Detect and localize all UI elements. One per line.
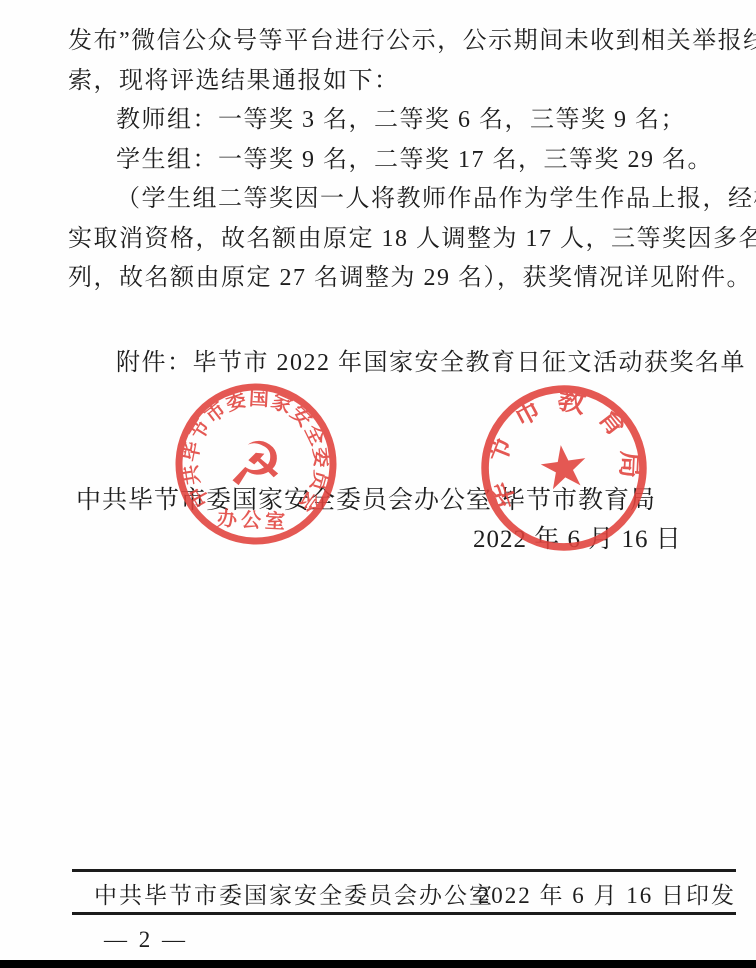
body-line-student-awards: 学生组：一等奖 9 名，二等奖 17 名，三等奖 29 名。	[68, 141, 736, 181]
scan-bottom-edge	[0, 960, 756, 968]
seal-ring	[175, 383, 337, 545]
signature-right-org: 毕节市教育局	[500, 480, 656, 516]
footer-print-date: 2022 年 6 月 16 日印发	[478, 877, 736, 910]
page-number: — 2 —	[104, 927, 188, 953]
seal-security-committee: 中共毕节市委国家安全委员会 ☭ 办公室	[168, 376, 345, 553]
body-line: 索，现将评选结果通报如下：	[68, 62, 736, 102]
footer-bottom-rule	[72, 912, 736, 915]
body-line: 发布”微信公众号等平台进行公示，公示期间未收到相关举报线	[68, 22, 736, 62]
body-line: 实取消资格，故名额由原定 18 人调整为 17 人，三等奖因多名并	[68, 220, 736, 260]
signature-date: 2022 年 6 月 16 日	[473, 519, 682, 555]
body-line: （学生组二等奖因一人将教师作品作为学生作品上报，经核	[68, 180, 736, 220]
attachment-line: 附件：毕节市 2022 年国家安全教育日征文活动获奖名单	[68, 344, 736, 384]
body-line: 列，故名额由原定 27 名调整为 29 名），获奖情况详见附件。	[68, 259, 736, 299]
footer-issuer: 中共毕节市委国家安全委员会办公室	[94, 877, 494, 910]
body-line-teacher-awards: 教师组：一等奖 3 名，二等奖 6 名，三等奖 9 名；	[68, 101, 736, 141]
document-page: 发布”微信公众号等平台进行公示，公示期间未收到相关举报线 索，现将评选结果通报如…	[0, 0, 756, 968]
footer-top-rule	[72, 869, 736, 872]
body-text: 发布”微信公众号等平台进行公示，公示期间未收到相关举报线 索，现将评选结果通报如…	[68, 22, 736, 299]
signature-left-org: 中共毕节市委国家安全委员会办公室	[76, 480, 492, 516]
